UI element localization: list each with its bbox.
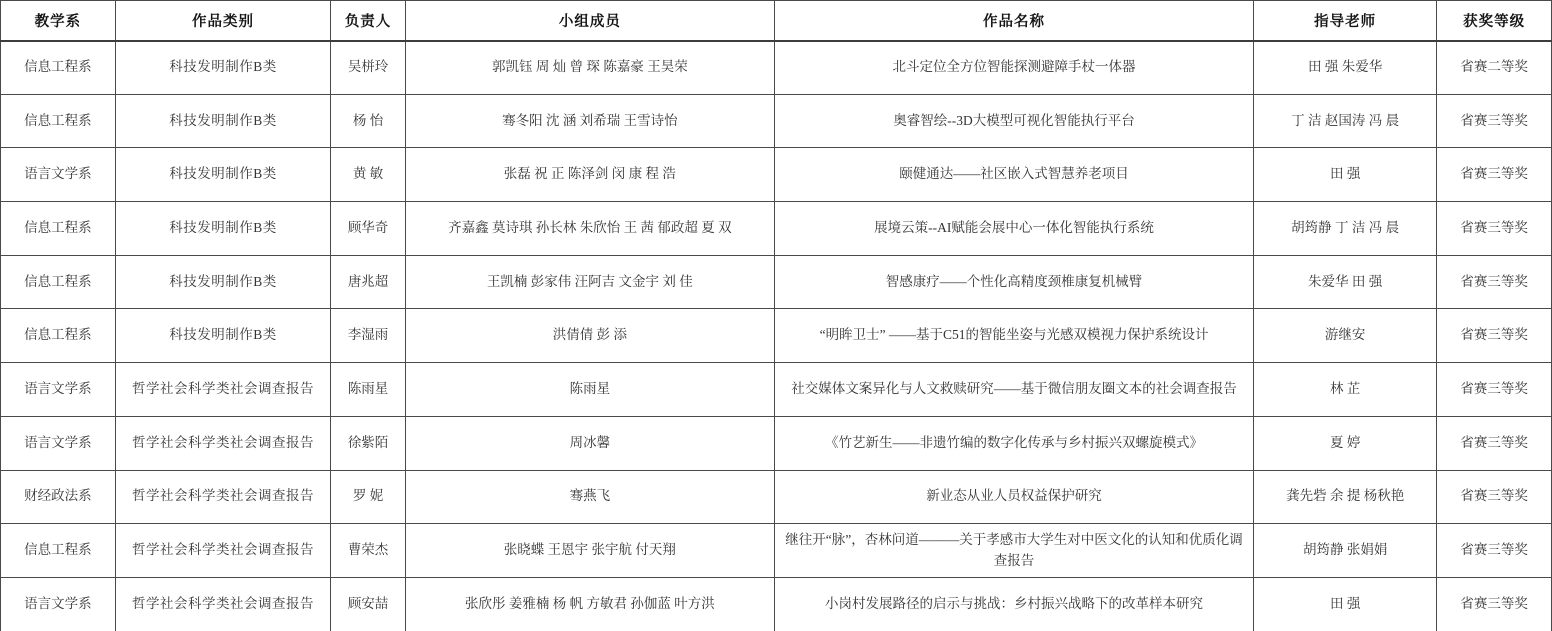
- table-cell: 新业态从业人员权益保护研究: [774, 470, 1253, 524]
- table-row: 财经政法系哲学社会科学类社会调查报告罗 妮骞燕飞新业态从业人员权益保护研究龚先砦…: [1, 470, 1552, 524]
- table-cell: 语言文学系: [1, 577, 116, 631]
- col-header-advisor: 指导老师: [1254, 1, 1437, 41]
- table-cell: 田 强 朱爱华: [1254, 41, 1437, 95]
- table-row: 信息工程系科技发明制作B类吴栟玲郭凯钰 周 灿 曾 琛 陈嘉豪 王昊荣北斗定位全…: [1, 41, 1552, 95]
- table-cell: 省赛三等奖: [1437, 470, 1552, 524]
- table-cell: 李湿雨: [331, 309, 405, 363]
- col-header-work-title: 作品名称: [774, 1, 1253, 41]
- table-cell: 顾安喆: [331, 577, 405, 631]
- table-row: 语言文学系哲学社会科学类社会调查报告徐紫陌周冰馨《竹艺新生——非遗竹编的数字化传…: [1, 416, 1552, 470]
- table-cell: 徐紫陌: [331, 416, 405, 470]
- table-cell: 展境云策--AI赋能会展中心一体化智能执行系统: [774, 202, 1253, 256]
- table-cell: 语言文学系: [1, 416, 116, 470]
- header-row: 教学系 作品类别 负责人 小组成员 作品名称 指导老师 获奖等级: [1, 1, 1552, 41]
- table-cell: 吴栟玲: [331, 41, 405, 95]
- table-cell: 黄 敏: [331, 148, 405, 202]
- table-cell: 田 强: [1254, 148, 1437, 202]
- table-cell: 杨 怡: [331, 94, 405, 148]
- table-cell: 胡筠静 张娟娟: [1254, 524, 1437, 578]
- awards-table: 教学系 作品类别 负责人 小组成员 作品名称 指导老师 获奖等级 信息工程系科技…: [0, 0, 1552, 631]
- table-cell: 科技发明制作B类: [115, 202, 331, 256]
- table-cell: 洪倩倩 彭 添: [405, 309, 774, 363]
- table-cell: 颐健通达——社区嵌入式智慧养老项目: [774, 148, 1253, 202]
- table-cell: 龚先砦 余 提 杨秋艳: [1254, 470, 1437, 524]
- table-cell: 林 芷: [1254, 363, 1437, 417]
- table-cell: 胡筠静 丁 洁 冯 晨: [1254, 202, 1437, 256]
- table-cell: 继往开“脉”，杏林问道———关于孝感市大学生对中医文化的认知和优质化调查报告: [774, 524, 1253, 578]
- table-row: 语言文学系哲学社会科学类社会调查报告顾安喆张欣彤 姜雅楠 杨 帆 方敏君 孙伽蓝…: [1, 577, 1552, 631]
- table-cell: 王凯楠 彭家伟 汪阿吉 文金宇 刘 佳: [405, 255, 774, 309]
- col-header-award: 获奖等级: [1437, 1, 1552, 41]
- table-row: 语言文学系科技发明制作B类黄 敏张磊 祝 正 陈泽剑 闵 康 程 浩颐健通达——…: [1, 148, 1552, 202]
- table-cell: 科技发明制作B类: [115, 41, 331, 95]
- table-cell: 信息工程系: [1, 202, 116, 256]
- table-row: 语言文学系哲学社会科学类社会调查报告陈雨星陈雨星社交媒体文案异化与人文救赎研究—…: [1, 363, 1552, 417]
- document-page: 教学系 作品类别 负责人 小组成员 作品名称 指导老师 获奖等级 信息工程系科技…: [0, 0, 1552, 631]
- table-cell: 哲学社会科学类社会调查报告: [115, 470, 331, 524]
- table-cell: 智感康疗——个性化高精度颈椎康复机械臂: [774, 255, 1253, 309]
- table-cell: 科技发明制作B类: [115, 309, 331, 363]
- table-cell: 省赛三等奖: [1437, 255, 1552, 309]
- table-cell: 省赛三等奖: [1437, 577, 1552, 631]
- col-header-leader: 负责人: [331, 1, 405, 41]
- table-cell: 省赛三等奖: [1437, 363, 1552, 417]
- table-cell: 哲学社会科学类社会调查报告: [115, 363, 331, 417]
- table-row: 信息工程系科技发明制作B类李湿雨洪倩倩 彭 添“明眸卫士” ——基于C51的智能…: [1, 309, 1552, 363]
- table-header: 教学系 作品类别 负责人 小组成员 作品名称 指导老师 获奖等级: [1, 1, 1552, 41]
- table-cell: 财经政法系: [1, 470, 116, 524]
- table-cell: 语言文学系: [1, 363, 116, 417]
- table-cell: 曹荣杰: [331, 524, 405, 578]
- table-cell: 张晓蝶 王恩宇 张宇航 付天翔: [405, 524, 774, 578]
- table-cell: 《竹艺新生——非遗竹编的数字化传承与乡村振兴双螺旋模式》: [774, 416, 1253, 470]
- table-row: 信息工程系科技发明制作B类杨 怡骞冬阳 沈 涵 刘希瑞 王雪诗怡奥睿智绘--3D…: [1, 94, 1552, 148]
- table-cell: 社交媒体文案异化与人文救赎研究——基于微信朋友圈文本的社会调查报告: [774, 363, 1253, 417]
- table-cell: 北斗定位全方位智能探测避障手杖一体器: [774, 41, 1253, 95]
- table-cell: 骞冬阳 沈 涵 刘希瑞 王雪诗怡: [405, 94, 774, 148]
- table-cell: 信息工程系: [1, 41, 116, 95]
- table-body: 信息工程系科技发明制作B类吴栟玲郭凯钰 周 灿 曾 琛 陈嘉豪 王昊荣北斗定位全…: [1, 41, 1552, 631]
- table-cell: 田 强: [1254, 577, 1437, 631]
- col-header-category: 作品类别: [115, 1, 331, 41]
- table-cell: 丁 洁 赵国涛 冯 晨: [1254, 94, 1437, 148]
- table-cell: 省赛三等奖: [1437, 524, 1552, 578]
- table-cell: 省赛二等奖: [1437, 41, 1552, 95]
- table-row: 信息工程系科技发明制作B类顾华奇齐嘉鑫 莫诗琪 孙长林 朱欣怡 王 茜 郁政超 …: [1, 202, 1552, 256]
- table-cell: 唐兆超: [331, 255, 405, 309]
- col-header-department: 教学系: [1, 1, 116, 41]
- table-cell: 科技发明制作B类: [115, 94, 331, 148]
- table-cell: 哲学社会科学类社会调查报告: [115, 577, 331, 631]
- table-cell: 信息工程系: [1, 94, 116, 148]
- table-cell: 张磊 祝 正 陈泽剑 闵 康 程 浩: [405, 148, 774, 202]
- table-row: 信息工程系科技发明制作B类唐兆超王凯楠 彭家伟 汪阿吉 文金宇 刘 佳智感康疗—…: [1, 255, 1552, 309]
- table-cell: 信息工程系: [1, 524, 116, 578]
- table-cell: 信息工程系: [1, 309, 116, 363]
- table-cell: 张欣彤 姜雅楠 杨 帆 方敏君 孙伽蓝 叶方洪: [405, 577, 774, 631]
- col-header-members: 小组成员: [405, 1, 774, 41]
- table-cell: 省赛三等奖: [1437, 94, 1552, 148]
- table-cell: “明眸卫士” ——基于C51的智能坐姿与光感双模视力保护系统设计: [774, 309, 1253, 363]
- table-cell: 省赛三等奖: [1437, 416, 1552, 470]
- table-cell: 罗 妮: [331, 470, 405, 524]
- table-cell: 夏 婷: [1254, 416, 1437, 470]
- table-cell: 语言文学系: [1, 148, 116, 202]
- table-cell: 游继安: [1254, 309, 1437, 363]
- table-cell: 哲学社会科学类社会调查报告: [115, 416, 331, 470]
- table-cell: 陈雨星: [405, 363, 774, 417]
- table-cell: 朱爱华 田 强: [1254, 255, 1437, 309]
- table-cell: 奥睿智绘--3D大模型可视化智能执行平台: [774, 94, 1253, 148]
- table-cell: 骞燕飞: [405, 470, 774, 524]
- table-cell: 省赛三等奖: [1437, 202, 1552, 256]
- table-cell: 科技发明制作B类: [115, 148, 331, 202]
- table-cell: 省赛三等奖: [1437, 309, 1552, 363]
- table-cell: 陈雨星: [331, 363, 405, 417]
- table-cell: 周冰馨: [405, 416, 774, 470]
- table-cell: 哲学社会科学类社会调查报告: [115, 524, 331, 578]
- table-cell: 省赛三等奖: [1437, 148, 1552, 202]
- table-cell: 科技发明制作B类: [115, 255, 331, 309]
- table-cell: 齐嘉鑫 莫诗琪 孙长林 朱欣怡 王 茜 郁政超 夏 双: [405, 202, 774, 256]
- table-cell: 郭凯钰 周 灿 曾 琛 陈嘉豪 王昊荣: [405, 41, 774, 95]
- table-cell: 顾华奇: [331, 202, 405, 256]
- table-row: 信息工程系哲学社会科学类社会调查报告曹荣杰张晓蝶 王恩宇 张宇航 付天翔继往开“…: [1, 524, 1552, 578]
- table-cell: 小岗村发展路径的启示与挑战：乡村振兴战略下的改革样本研究: [774, 577, 1253, 631]
- table-cell: 信息工程系: [1, 255, 116, 309]
